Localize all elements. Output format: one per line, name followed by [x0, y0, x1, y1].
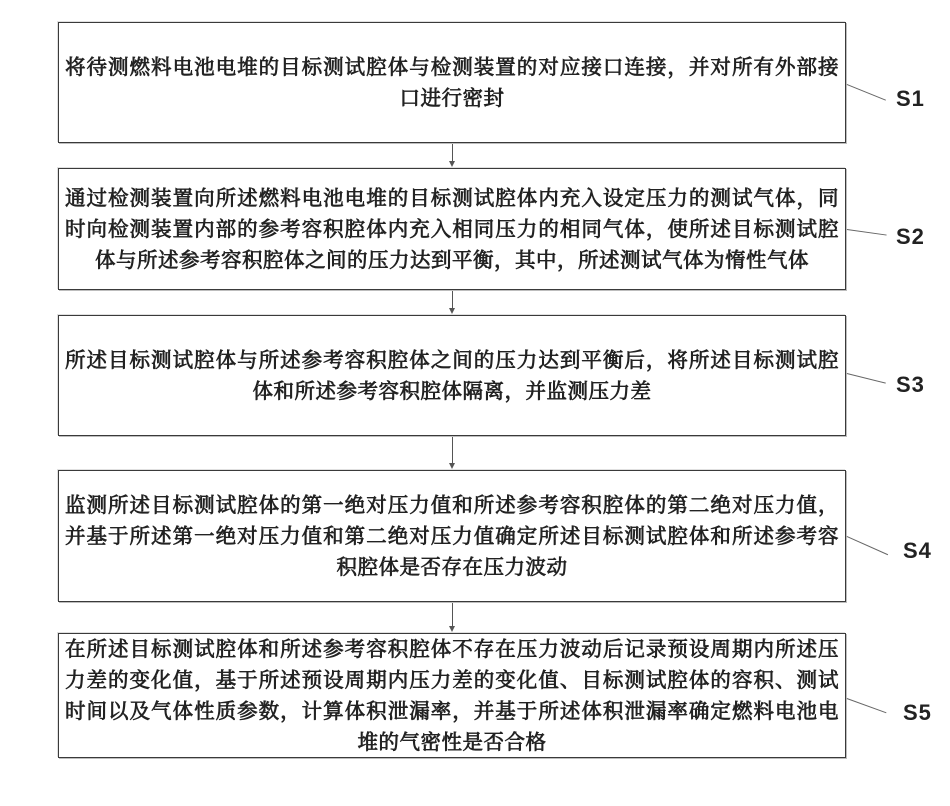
flow-arrow-s2-s3	[452, 291, 454, 314]
step-text-s3: 所述目标测试腔体与所述参考容积腔体之间的压力达到平衡后，将所述目标测试腔体和所述…	[65, 345, 839, 407]
leader-line-s3	[847, 373, 886, 384]
step-label-s3: S3	[896, 372, 925, 398]
arrow-head-icon	[449, 161, 455, 167]
arrow-head-icon	[449, 626, 455, 632]
step-label-s4: S4	[903, 538, 932, 564]
step-label-s2: S2	[896, 224, 925, 250]
step-text-s1: 将待测燃料电池电堆的目标测试腔体与检测装置的对应接口连接，并对所有外部接口进行密…	[65, 52, 839, 114]
step-label-s1: S1	[896, 86, 925, 112]
flow-arrow-s4-s5	[452, 603, 454, 632]
step-label-s5: S5	[903, 700, 932, 726]
arrow-shaft	[452, 437, 453, 464]
leader-line-s2	[847, 229, 887, 236]
step-box-s2: 通过检测装置向所述燃料电池电堆的目标测试腔体内充入设定压力的测试气体，同时向检测…	[58, 168, 846, 290]
leader-line-s4	[847, 536, 889, 555]
arrow-shaft	[452, 603, 453, 627]
arrow-head-icon	[449, 308, 455, 314]
arrow-head-icon	[449, 463, 455, 469]
step-text-s5: 在所述目标测试腔体和所述参考容积腔体不存在压力波动后记录预设周期内所述压力差的变…	[65, 634, 839, 758]
arrow-shaft	[452, 144, 453, 162]
leader-line-s5	[847, 698, 887, 713]
flow-arrow-s1-s2	[452, 144, 454, 167]
step-text-s4: 监测所述目标测试腔体的第一绝对压力值和所述参考容积腔体的第二绝对压力值，并基于所…	[65, 490, 839, 583]
step-text-s2: 通过检测装置向所述燃料电池电堆的目标测试腔体内充入设定压力的测试气体，同时向检测…	[65, 183, 839, 276]
flow-arrow-s3-s4	[452, 437, 454, 469]
leader-line-s1	[847, 84, 886, 101]
step-box-s5: 在所述目标测试腔体和所述参考容积腔体不存在压力波动后记录预设周期内所述压力差的变…	[58, 633, 846, 758]
step-box-s3: 所述目标测试腔体与所述参考容积腔体之间的压力达到平衡后，将所述目标测试腔体和所述…	[58, 315, 846, 436]
arrow-shaft	[452, 291, 453, 309]
step-box-s4: 监测所述目标测试腔体的第一绝对压力值和所述参考容积腔体的第二绝对压力值，并基于所…	[58, 470, 846, 602]
step-box-s1: 将待测燃料电池电堆的目标测试腔体与检测装置的对应接口连接，并对所有外部接口进行密…	[58, 22, 846, 143]
